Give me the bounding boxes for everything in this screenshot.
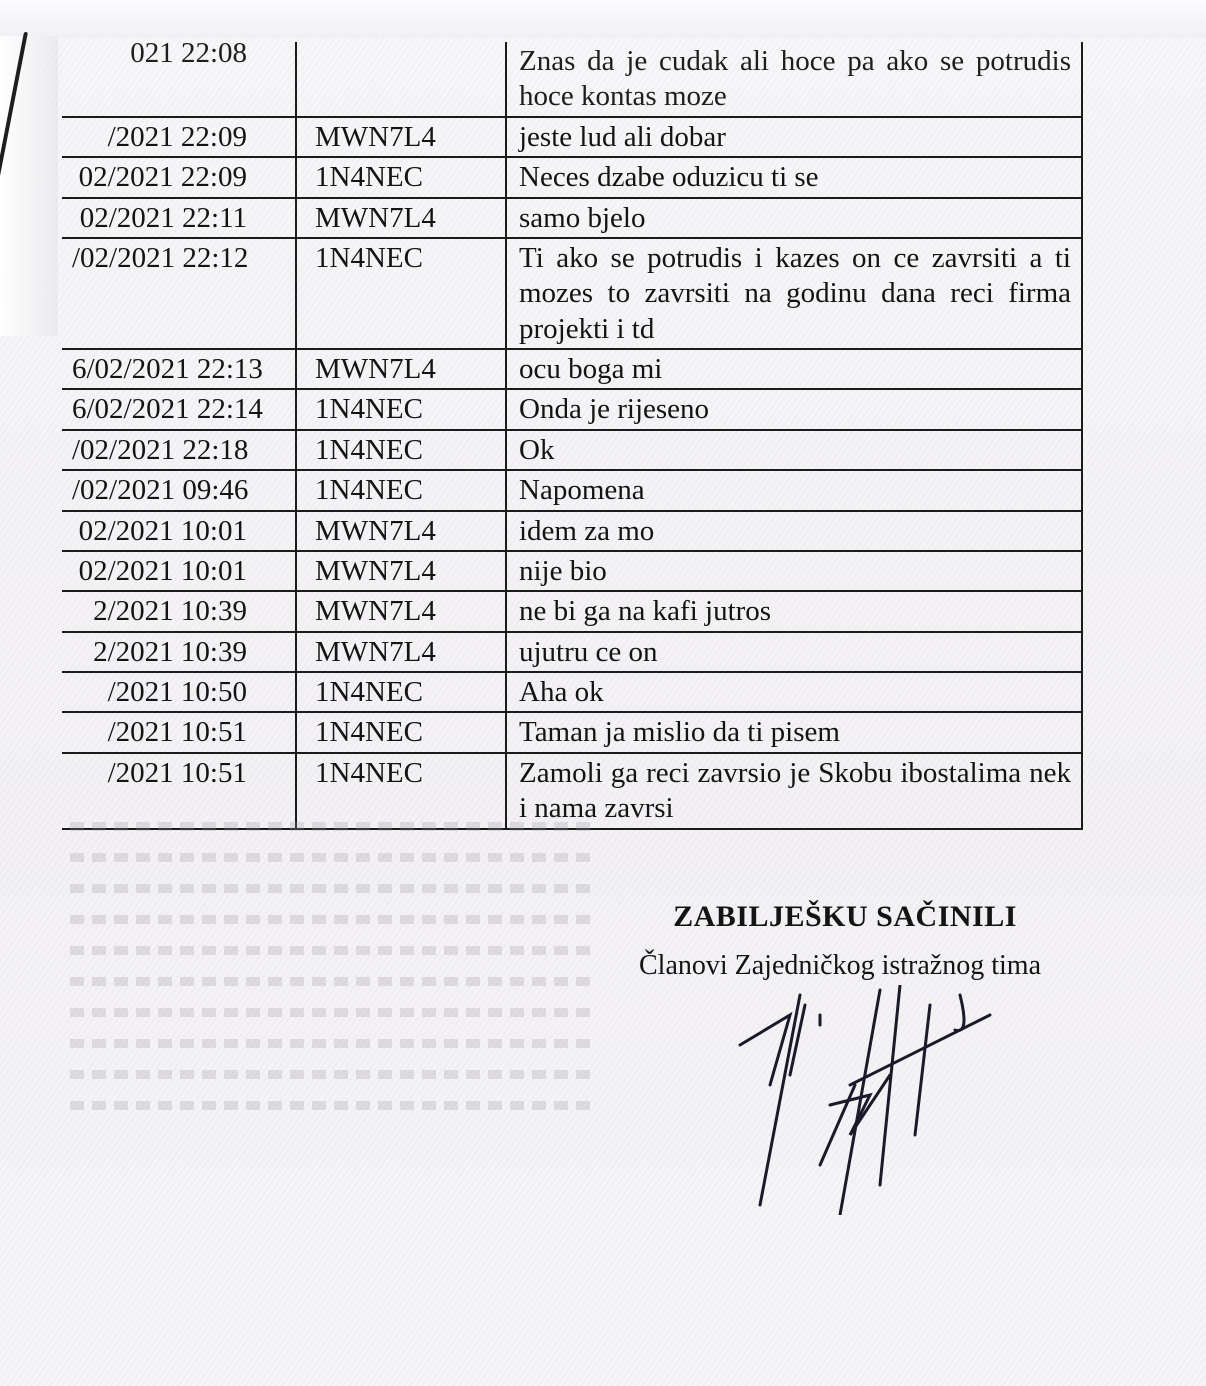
timestamp-cell: 2/2021 10:39 bbox=[62, 632, 296, 672]
timestamp-cell: 02/2021 22:09 bbox=[62, 157, 296, 197]
page-fold-shadow bbox=[0, 36, 58, 336]
timestamp-cell-text: /02/2021 09:46 bbox=[72, 474, 248, 506]
sender-cell: MWN7L4 bbox=[296, 511, 506, 551]
message-cell-text: samo bjelo bbox=[519, 202, 645, 234]
sender-cell-text: 1N4NEC bbox=[315, 242, 423, 274]
sender-cell: 1N4NEC bbox=[296, 238, 506, 349]
page-top-margin bbox=[0, 0, 1206, 38]
sender-cell: MWN7L4 bbox=[296, 349, 506, 389]
message-cell-text: Zamoli ga reci zavrsio je Skobu ibostali… bbox=[519, 757, 1071, 824]
message-cell: Ti ako se potrudis i kazes on ce zavrsit… bbox=[506, 238, 1082, 349]
sender-cell-text: 1N4NEC bbox=[315, 716, 423, 748]
timestamp-cell: 02/2021 10:01 bbox=[62, 551, 296, 591]
message-cell: nije bio bbox=[506, 551, 1082, 591]
message-cell-text: Aha ok bbox=[519, 676, 604, 708]
table-row: 6/02/2021 22:13MWN7L4ocu boga mi bbox=[62, 349, 1082, 389]
table-row: /02/2021 09:461N4NECNapomena bbox=[62, 470, 1082, 510]
message-cell: Onda je rijeseno bbox=[506, 389, 1082, 429]
sender-cell: MWN7L4 bbox=[296, 117, 506, 157]
message-cell-text: Napomena bbox=[519, 474, 645, 506]
message-cell: Ok bbox=[506, 430, 1082, 470]
table-row: /2021 10:501N4NECAha ok bbox=[62, 672, 1082, 712]
table-row: /02/2021 22:121N4NECTi ako se potrudis i… bbox=[62, 238, 1082, 349]
message-cell: Znas da je cudak ali hoce pa ako se potr… bbox=[506, 42, 1082, 117]
timestamp-cell-text: /2021 10:51 bbox=[108, 716, 247, 748]
table-row: 2/2021 10:39MWN7L4ne bi ga na kafi jutro… bbox=[62, 591, 1082, 631]
sender-cell-text: MWN7L4 bbox=[315, 555, 436, 587]
sender-cell: 1N4NEC bbox=[296, 389, 506, 429]
timestamp-cell-text: /2021 22:09 bbox=[108, 121, 247, 153]
timestamp-cell: 02/2021 22:11 bbox=[62, 198, 296, 238]
message-cell-text: Znas da je cudak ali hoce pa ako se potr… bbox=[519, 45, 1071, 112]
sender-cell: MWN7L4 bbox=[296, 198, 506, 238]
timestamp-cell-text: 02/2021 22:11 bbox=[80, 202, 247, 234]
message-cell: Neces dzabe oduzicu ti se bbox=[506, 157, 1082, 197]
table-row: 02/2021 10:01MWN7L4nije bio bbox=[62, 551, 1082, 591]
message-cell: ne bi ga na kafi jutros bbox=[506, 591, 1082, 631]
timestamp-cell: /2021 10:50 bbox=[62, 672, 296, 712]
timestamp-cell: /02/2021 22:12 bbox=[62, 238, 296, 349]
timestamp-cell: 6/02/2021 22:13 bbox=[62, 349, 296, 389]
table-row: 02/2021 10:01MWN7L4idem za mo bbox=[62, 511, 1082, 551]
message-cell: ujutru ce on bbox=[506, 632, 1082, 672]
message-log-table: 021 22:08Znas da je cudak ali hoce pa ak… bbox=[62, 42, 1083, 830]
signature-subtitle: Članovi Zajedničkog istražnog tima bbox=[620, 950, 1060, 982]
message-cell-text: Ok bbox=[519, 434, 554, 466]
table-row: 6/02/2021 22:141N4NECOnda je rijeseno bbox=[62, 389, 1082, 429]
timestamp-cell-text: 6/02/2021 22:14 bbox=[72, 393, 263, 425]
timestamp-cell-text: /2021 10:50 bbox=[108, 676, 247, 708]
handwritten-signature bbox=[730, 985, 1010, 1215]
sender-cell: MWN7L4 bbox=[296, 632, 506, 672]
sender-cell bbox=[296, 42, 506, 117]
sender-cell: 1N4NEC bbox=[296, 157, 506, 197]
message-cell-text: Onda je rijeseno bbox=[519, 393, 709, 425]
message-cell: idem za mo bbox=[506, 511, 1082, 551]
message-cell: Napomena bbox=[506, 470, 1082, 510]
scanned-page: 021 22:08Znas da je cudak ali hoce pa ak… bbox=[0, 0, 1206, 1386]
timestamp-cell-text: /2021 10:51 bbox=[108, 757, 247, 789]
timestamp-cell-text: 6/02/2021 22:13 bbox=[72, 353, 263, 385]
sender-cell-text: 1N4NEC bbox=[315, 161, 423, 193]
timestamp-cell: /02/2021 09:46 bbox=[62, 470, 296, 510]
message-cell: Zamoli ga reci zavrsio je Skobu ibostali… bbox=[506, 753, 1082, 829]
message-cell: samo bjelo bbox=[506, 198, 1082, 238]
sender-cell-text: MWN7L4 bbox=[315, 353, 436, 385]
signature-title: ZABILJEŠKU SAČINILI bbox=[630, 900, 1060, 934]
table-row: 02/2021 22:091N4NECNeces dzabe oduzicu t… bbox=[62, 157, 1082, 197]
sender-cell: MWN7L4 bbox=[296, 551, 506, 591]
sender-cell-text: MWN7L4 bbox=[315, 636, 436, 668]
timestamp-cell: 2/2021 10:39 bbox=[62, 591, 296, 631]
table-row: /2021 22:09MWN7L4jeste lud ali dobar bbox=[62, 117, 1082, 157]
message-cell-text: Taman ja mislio da ti pisem bbox=[519, 716, 840, 748]
sender-cell-text: MWN7L4 bbox=[315, 121, 436, 153]
sender-cell-text: MWN7L4 bbox=[315, 515, 436, 547]
sender-cell-text: 1N4NEC bbox=[315, 757, 423, 789]
timestamp-cell: 021 22:08 bbox=[62, 42, 296, 117]
timestamp-cell-text: 2/2021 10:39 bbox=[93, 595, 247, 627]
timestamp-cell-text: 02/2021 10:01 bbox=[79, 555, 247, 587]
sender-cell: 1N4NEC bbox=[296, 430, 506, 470]
message-cell-text: Ti ako se potrudis i kazes on ce zavrsit… bbox=[519, 242, 1071, 345]
sender-cell-text: 1N4NEC bbox=[315, 676, 423, 708]
table-row: /2021 10:511N4NECTaman ja mislio da ti p… bbox=[62, 712, 1082, 752]
timestamp-cell-text: /02/2021 22:12 bbox=[72, 242, 248, 274]
timestamp-cell-text: /02/2021 22:18 bbox=[72, 434, 248, 466]
sender-cell-text: 1N4NEC bbox=[315, 393, 423, 425]
timestamp-cell-text: 02/2021 10:01 bbox=[79, 515, 247, 547]
timestamp-cell: /02/2021 22:18 bbox=[62, 430, 296, 470]
sender-cell: 1N4NEC bbox=[296, 672, 506, 712]
signature-block: ZABILJEŠKU SAČINILI Članovi Zajedničkog … bbox=[600, 900, 1060, 982]
bleed-through-text bbox=[70, 800, 590, 1220]
table-row: 021 22:08Znas da je cudak ali hoce pa ak… bbox=[62, 42, 1082, 117]
timestamp-cell: /2021 22:09 bbox=[62, 117, 296, 157]
message-cell: ocu boga mi bbox=[506, 349, 1082, 389]
timestamp-cell: /2021 10:51 bbox=[62, 712, 296, 752]
message-cell: jeste lud ali dobar bbox=[506, 117, 1082, 157]
sender-cell: 1N4NEC bbox=[296, 712, 506, 752]
timestamp-cell-text: 021 22:08 bbox=[130, 42, 247, 71]
message-cell-text: ocu boga mi bbox=[519, 353, 662, 385]
message-cell: Aha ok bbox=[506, 672, 1082, 712]
sender-cell: 1N4NEC bbox=[296, 470, 506, 510]
sender-cell: MWN7L4 bbox=[296, 591, 506, 631]
message-cell-text: nije bio bbox=[519, 555, 607, 587]
timestamp-cell: 6/02/2021 22:14 bbox=[62, 389, 296, 429]
message-cell: Taman ja mislio da ti pisem bbox=[506, 712, 1082, 752]
table-row: /02/2021 22:181N4NECOk bbox=[62, 430, 1082, 470]
sender-cell-text: 1N4NEC bbox=[315, 434, 423, 466]
table-row: 2/2021 10:39MWN7L4ujutru ce on bbox=[62, 632, 1082, 672]
message-cell-text: Neces dzabe oduzicu ti se bbox=[519, 161, 819, 193]
message-cell-text: ne bi ga na kafi jutros bbox=[519, 595, 771, 627]
table-row: 02/2021 22:11MWN7L4samo bjelo bbox=[62, 198, 1082, 238]
sender-cell-text: MWN7L4 bbox=[315, 202, 436, 234]
sender-cell-text: MWN7L4 bbox=[315, 595, 436, 627]
timestamp-cell-text: 2/2021 10:39 bbox=[93, 636, 247, 668]
sender-cell-text: 1N4NEC bbox=[315, 474, 423, 506]
message-cell-text: jeste lud ali dobar bbox=[519, 121, 726, 153]
message-cell-text: idem za mo bbox=[519, 515, 654, 547]
timestamp-cell-text: 02/2021 22:09 bbox=[79, 161, 247, 193]
message-cell-text: ujutru ce on bbox=[519, 636, 658, 668]
timestamp-cell: 02/2021 10:01 bbox=[62, 511, 296, 551]
